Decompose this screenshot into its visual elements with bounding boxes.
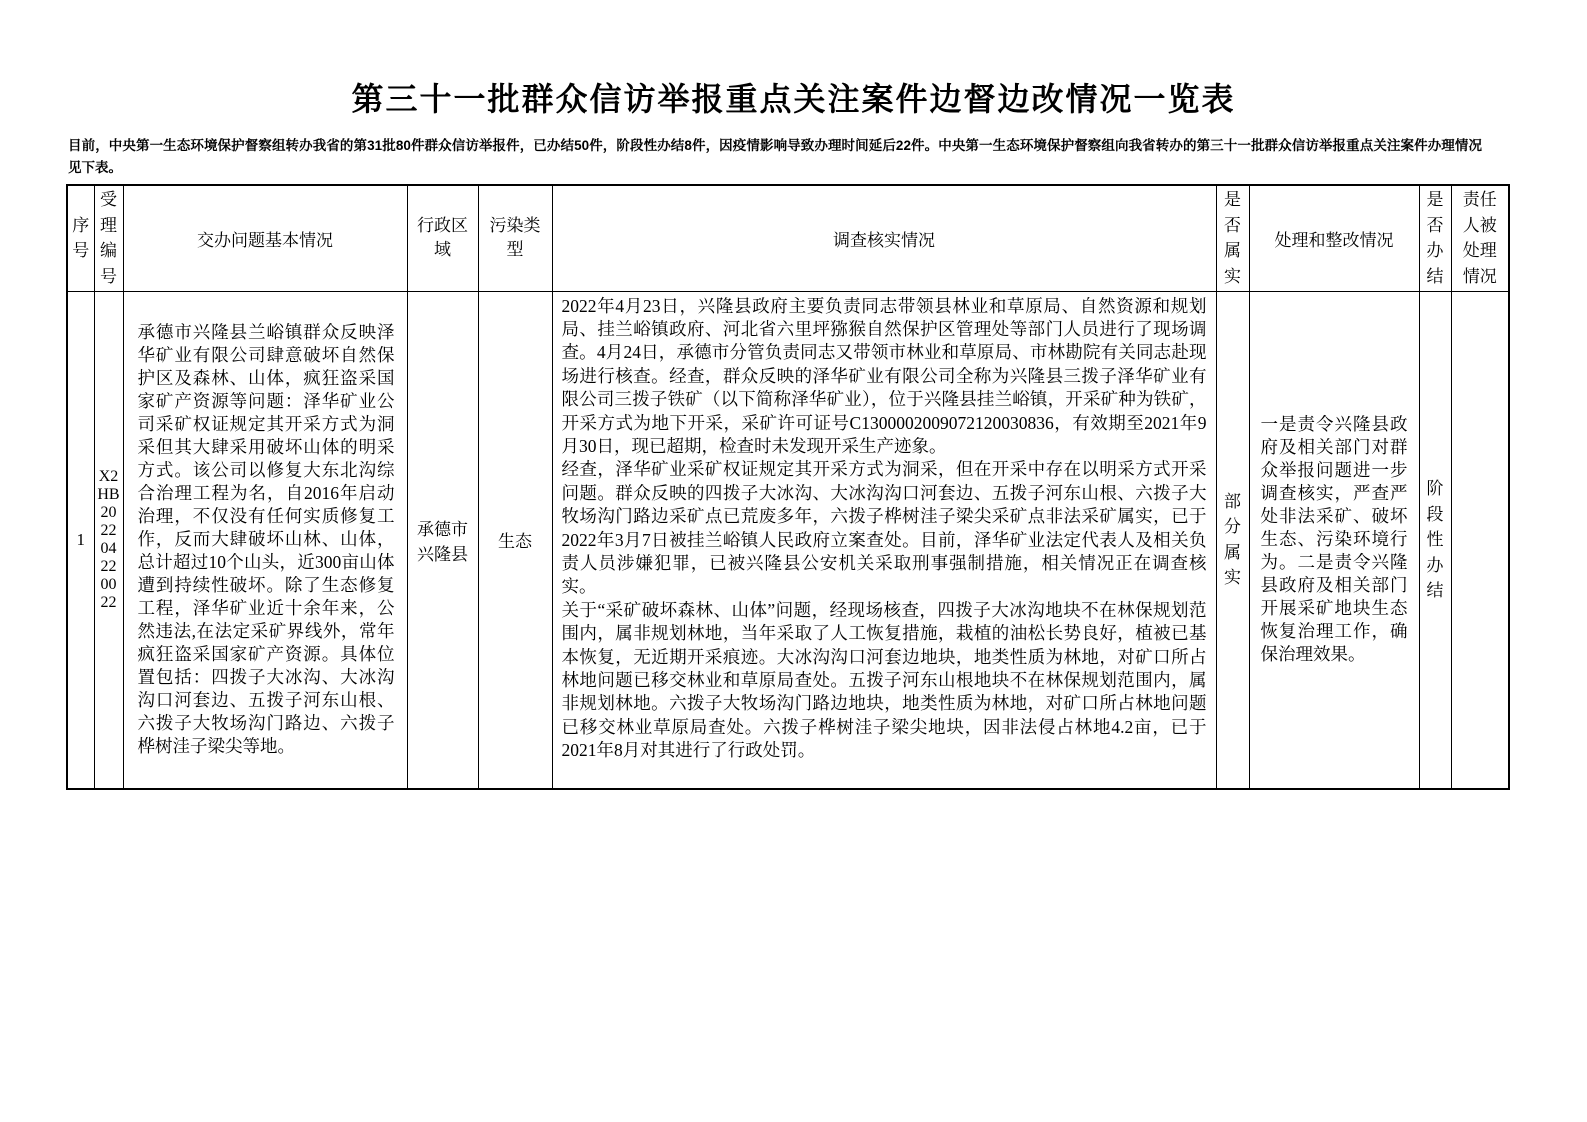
cell-case-no: X2 HB 20 22 04 22 00 22 xyxy=(94,291,123,789)
cell-region: 承德市 兴隆县 xyxy=(407,291,478,789)
cell-accountability xyxy=(1451,291,1509,789)
table-row: 1 X2 HB 20 22 04 22 00 22 承德市兴隆县兰峪镇群众反映泽… xyxy=(67,291,1509,789)
header-verified-label: 是否属实 xyxy=(1224,187,1242,289)
cell-seq: 1 xyxy=(67,291,94,789)
header-problem: 交办问题基本情况 xyxy=(123,185,407,291)
header-status: 是否办结 xyxy=(1419,185,1451,291)
header-investigation: 调查核实情况 xyxy=(552,185,1216,291)
cell-status: 阶段性办结 xyxy=(1419,291,1451,789)
header-status-label: 是否办结 xyxy=(1426,187,1444,289)
cell-verified: 部分属实 xyxy=(1216,291,1249,789)
case-no-value: X2 HB 20 22 04 22 00 22 xyxy=(97,468,119,611)
intro-paragraph: 目前，中央第一生态环境保护督察组转办我省的第31批80件群众信访举报件，已办结5… xyxy=(68,135,1482,178)
header-accountability: 责任人被处理情况 xyxy=(1451,185,1509,291)
header-case-no: 受理编号 xyxy=(94,185,123,291)
cell-pollution-type: 生态 xyxy=(478,291,552,789)
header-seq-label: 序号 xyxy=(72,213,90,264)
verified-value: 部分属实 xyxy=(1224,489,1242,591)
header-accountability-label: 责任人被处理情况 xyxy=(1462,187,1498,289)
header-verified: 是否属实 xyxy=(1216,185,1249,291)
header-region-label: 行政区域 xyxy=(416,214,469,263)
header-pollution-type: 污染类型 xyxy=(478,185,552,291)
cell-handling: 一是责令兴隆县政府及相关部门对群众举报问题进一步调查核实，严查严处非法采矿、破坏… xyxy=(1249,291,1419,789)
cell-problem: 承德市兴隆县兰峪镇群众反映泽华矿业有限公司肆意破坏自然保护区及森林、山体，疯狂盗… xyxy=(123,291,407,789)
header-seq: 序号 xyxy=(67,185,94,291)
region-value: 承德市 兴隆县 xyxy=(417,520,468,564)
page-title: 第三十一批群众信访举报重点关注案件边督边改情况一览表 xyxy=(0,0,1587,118)
header-handling: 处理和整改情况 xyxy=(1249,185,1419,291)
table-header-row: 序号 受理编号 交办问题基本情况 行政区域 污染类型 调查核实情况 是否属实 处… xyxy=(67,185,1509,291)
case-table: 序号 受理编号 交办问题基本情况 行政区域 污染类型 调查核实情况 是否属实 处… xyxy=(66,184,1510,790)
cell-investigation: 2022年4月23日，兴隆县政府主要负责同志带领县林业和草原局、自然资源和规划局… xyxy=(552,291,1216,789)
header-pollution-type-label: 污染类型 xyxy=(489,214,542,263)
status-value: 阶段性办结 xyxy=(1426,476,1444,604)
header-investigation-label: 调查核实情况 xyxy=(833,231,935,250)
header-handling-label: 处理和整改情况 xyxy=(1275,231,1394,250)
header-region: 行政区域 xyxy=(407,185,478,291)
header-case-no-label: 受理编号 xyxy=(100,187,118,289)
header-problem-label: 交办问题基本情况 xyxy=(197,231,333,250)
